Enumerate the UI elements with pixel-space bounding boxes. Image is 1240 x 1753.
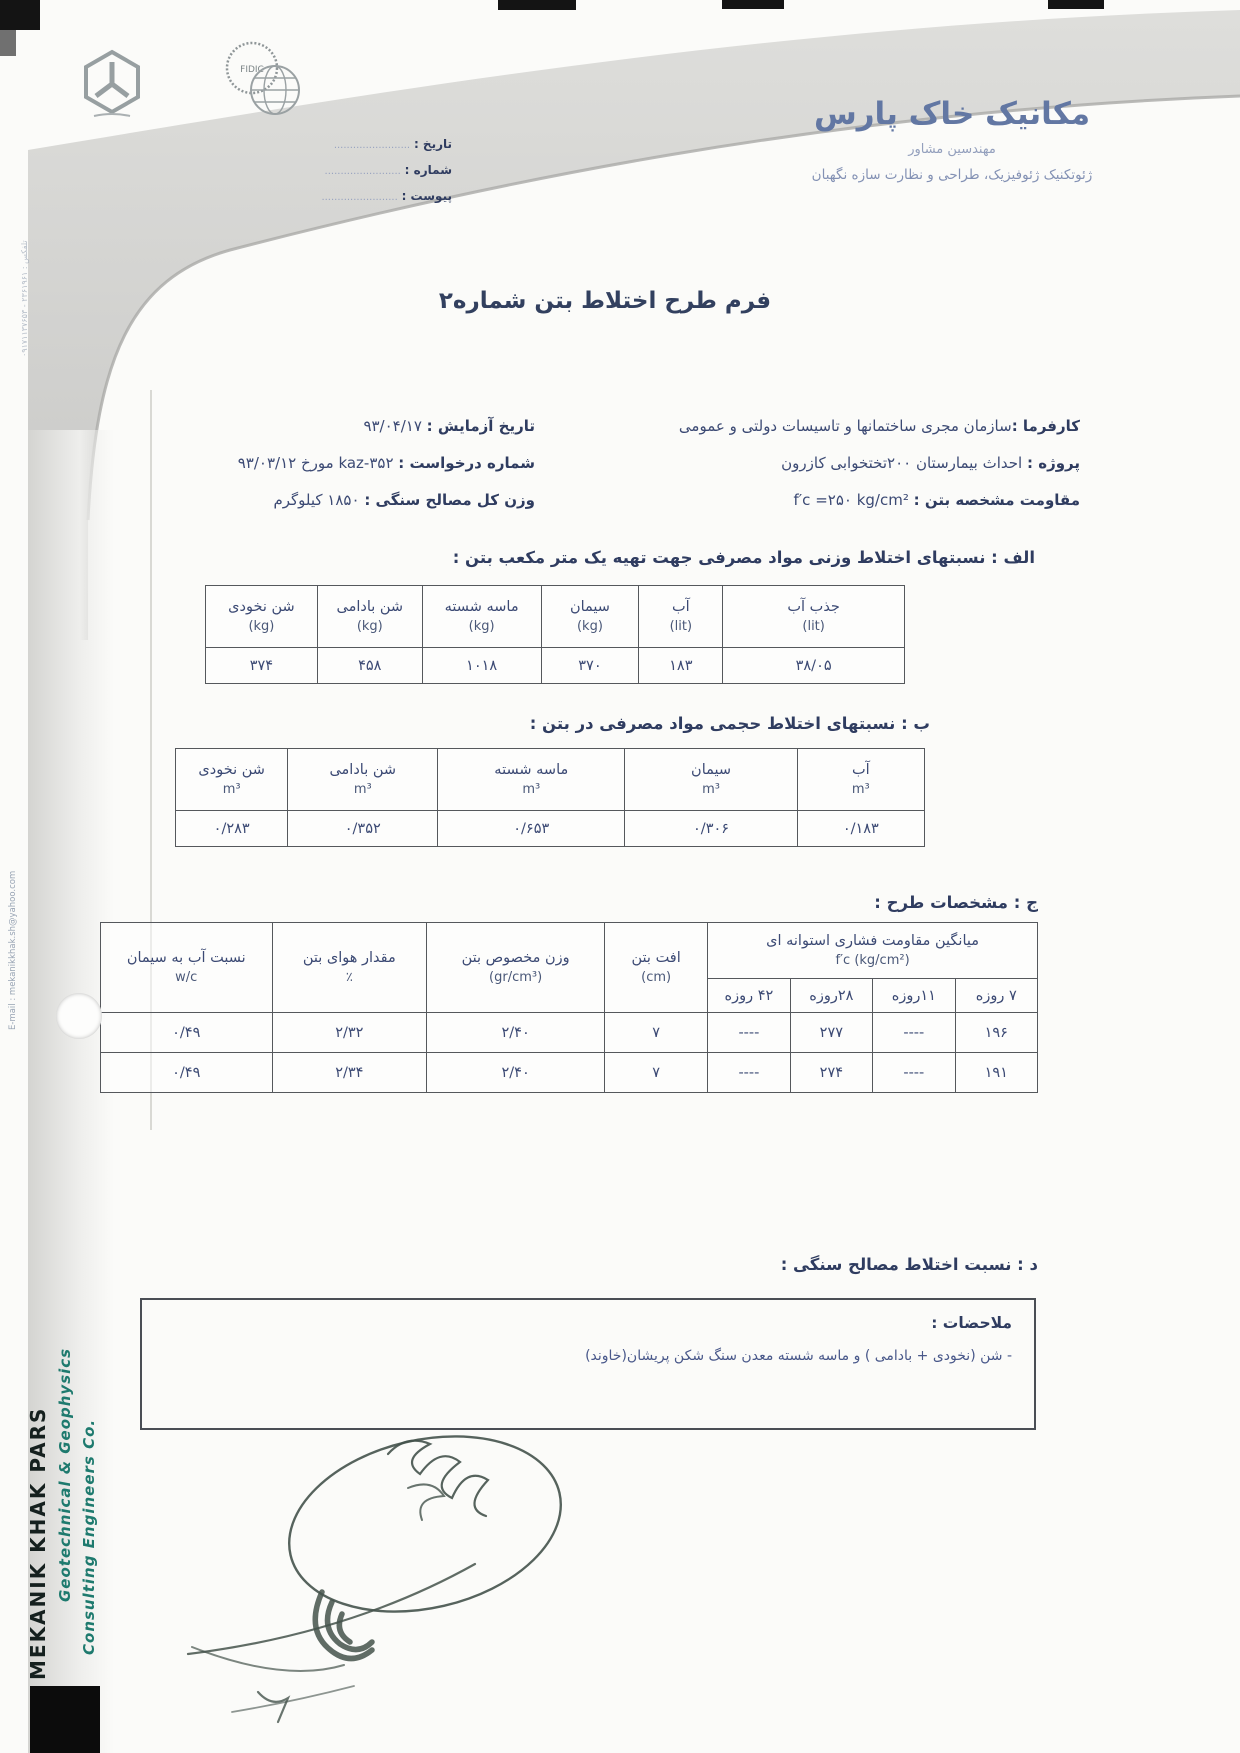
r1-42day: ---- [708,1013,790,1053]
project-info: کارفرما :سازمان مجری ساختمانها و تاسیسات… [520,408,1080,519]
col-7day: ۷ روزه [955,979,1037,1013]
scan-corner-block [30,1686,100,1753]
specs-row-2: ۱۹۱ ---- ۲۷۴ ---- ۷ ۲/۴۰ ۲/۳۴ ۰/۴۹ [101,1053,1038,1093]
client-value: سازمان مجری ساختمانها و تاسیسات دولتی و … [679,417,1012,435]
r1-28day: ۲۷۷ [790,1013,872,1053]
agg-weight-label: وزن کل مصالح سنگی : [364,491,535,509]
r2-wc: ۰/۴۹ [101,1053,273,1093]
stationery-fields: تاریخ : ........................ شماره :… [252,132,452,210]
number-label: شماره : [405,163,452,177]
r2-11day: ---- [873,1053,955,1093]
request-row: شماره درخواست : kaz-۳۵۲ مورخ ۹۳/۰۳/۱۲ [135,445,535,482]
company-name: مکانیک خاک پارس [782,96,1122,132]
specs-header-top: میانگین مقاومت فشاری استوانه ای f′c (kg/… [101,923,1038,979]
test-date-row: تاریخ آزمایش : ۹۳/۰۴/۱۷ [135,408,535,445]
col-group-compressive-strength: میانگین مقاومت فشاری استوانه ای f′c (kg/… [708,923,1038,979]
col-washed-sand-vol: ماسه شستهm³ [438,749,625,811]
weight-table-values: ۳۸/۰۵ ۱۸۳ ۳۷۰ ۱۰۱۸ ۴۵۸ ۳۷۴ [206,648,905,684]
pea-gravel-vol-value: ۰/۲۸۳ [176,811,288,847]
company-logo [80,48,144,118]
col-washed-sand: ماسه شسته(kg) [422,586,541,648]
specs-row-1: ۱۹۶ ---- ۲۷۷ ---- ۷ ۲/۴۰ ۲/۳۲ ۰/۴۹ [101,1013,1038,1053]
strength-label: مقاومت مشخصه بتن : [914,491,1080,509]
section-c-heading: ج : مشخصات طرح : [874,893,1038,912]
col-water-vol: آبm³ [797,749,924,811]
col-water-cement-ratio: نسبت آب به سیمانw/c [101,923,273,1013]
sidebar-tagline-line2: Consulting Engineers Co. [80,1135,98,1655]
col-density: وزن مخصوص بتن(gr/cm³) [427,923,605,1013]
volume-table-header: آبm³ سیمانm³ ماسه شستهm³ شن بادامیm³ شن … [176,749,925,811]
water-absorption-value: ۳۸/۰۵ [723,648,905,684]
r1-11day: ---- [873,1013,955,1053]
col-slump: افت بتن(cm) [605,923,708,1013]
cement-vol-value: ۰/۳۰۶ [625,811,797,847]
col-42day: ۴۲ روزه [708,979,790,1013]
r2-density: ۲/۴۰ [427,1053,605,1093]
project-row: پروژه : احداث بیمارستان ۲۰۰تختخوابی کازر… [520,445,1080,482]
weight-table-header: جذب آب(lit) آب(lit) سیمان(kg) ماسه شسته(… [206,586,905,648]
strength-row: مقاومت مشخصه بتن : f′c =۲۵۰ kg/cm² [520,482,1080,519]
attachment-label: پیوست : [402,189,452,203]
company-services: ژئوتکنیک ژئوفیزیک، طراحی و نظارت سازه نگ… [782,167,1122,183]
sidebar-tagline-line1: Geotechnical & Geophysics [56,1082,74,1602]
r2-air: ۲/۳۴ [272,1053,427,1093]
r1-wc: ۰/۴۹ [101,1013,273,1053]
date-field: تاریخ : ........................ [252,132,452,158]
agg-weight-value: ۱۸۵۰ کیلوگرم [273,491,359,509]
sidebar-contact-phone: تلفکس : ۲۳۶۱۹۶۱ - ۰۹۱۷۱۱۳۷۶۵۳ [20,240,29,1020]
r2-42day: ---- [708,1053,790,1093]
r2-28day: ۲۷۴ [790,1053,872,1093]
test-info: تاریخ آزمایش : ۹۳/۰۴/۱۷ شماره درخواست : … [135,408,535,519]
col-air-content: مقدار هوای بتن٪ [272,923,427,1013]
punch-hole [56,993,102,1039]
signature [170,1392,630,1742]
attachment-dotted-line: ........................ [321,192,397,203]
r1-air: ۲/۳۲ [272,1013,427,1053]
agg-weight-row: وزن کل مصالح سنگی : ۱۸۵۰ کیلوگرم [135,482,535,519]
col-water-absorption: جذب آب(lit) [723,586,905,648]
request-label: شماره درخواست : [398,454,535,472]
col-28day: ۲۸روزه [790,979,872,1013]
company-header: مکانیک خاک پارس مهندسین مشاور ژئوتکنیک ژ… [782,96,1122,183]
volume-table-values: ۰/۱۸۳ ۰/۳۰۶ ۰/۶۵۳ ۰/۳۵۲ ۰/۲۸۳ [176,811,925,847]
col-cement-vol: سیمانm³ [625,749,797,811]
client-label: کارفرما : [1012,417,1080,435]
client-row: کارفرما :سازمان مجری ساختمانها و تاسیسات… [520,408,1080,445]
notes-line: - شن (نخودی + بادامی ) و ماسه شسته معدن … [164,1348,1012,1364]
col-almond-gravel-vol: شن بادامیm³ [288,749,438,811]
notes-label: ملاحضات : [164,1314,1012,1332]
col-11day: ۱۱روزه [873,979,955,1013]
pea-gravel-value: ۳۷۴ [206,648,318,684]
test-date-label: تاریخ آزمایش : [427,417,535,435]
sidebar-contact-email: E-mail : mekanikkhak.sh@yahoo.com [8,230,18,1030]
r2-slump: ۷ [605,1053,708,1093]
washed-sand-value: ۱۰۱۸ [422,648,541,684]
col-almond-gravel: شن بادامی(kg) [317,586,422,648]
volume-mix-table: آبm³ سیمانm³ ماسه شستهm³ شن بادامیm³ شن … [175,748,925,847]
design-specs-table: میانگین مقاومت فشاری استوانه ای f′c (kg/… [100,922,1038,1093]
project-value: احداث بیمارستان ۲۰۰تختخوابی کازرون [781,454,1022,472]
col-cement: سیمان(kg) [541,586,639,648]
project-label: پروژه : [1027,454,1080,472]
scan-artifact [0,0,40,30]
test-date-value: ۹۳/۰۴/۱۷ [363,417,421,435]
fidic-logo: FIDIC [220,38,310,122]
company-subtitle: مهندسین مشاور [782,142,1122,157]
col-pea-gravel: شن نخودی(kg) [206,586,318,648]
section-b-heading: ب : نسبتهای اختلاط حجمی مواد مصرفی در بت… [530,714,930,733]
section-a-heading: الف : نسبتهای اختلاط وزنی مواد مصرفی جهت… [453,548,1035,567]
col-water: آب(lit) [639,586,723,648]
cement-value: ۳۷۰ [541,648,639,684]
water-vol-value: ۰/۱۸۳ [797,811,924,847]
section-d-heading: د : نسبت اختلاط مصالح سنگی : [781,1255,1038,1274]
scanned-concrete-mix-form: FIDIC تاریخ : ........................ ش… [0,0,1240,1753]
almond-gravel-value: ۴۵۸ [317,648,422,684]
water-value: ۱۸۳ [639,648,723,684]
attachment-field: پیوست : ........................ [252,184,452,210]
scan-artifact [498,0,576,10]
almond-gravel-vol-value: ۰/۳۵۲ [288,811,438,847]
washed-sand-vol-value: ۰/۶۵۳ [438,811,625,847]
request-value: kaz-۳۵۲ مورخ ۹۳/۰۳/۱۲ [238,454,394,472]
scan-artifact [722,0,784,9]
strength-value: f′c =۲۵۰ kg/cm² [794,491,909,509]
number-dotted-line: ........................ [325,166,401,177]
date-dotted-line: ........................ [334,140,410,151]
sidebar-company-name-en: MEKANIK KHAK PARS [26,1250,50,1680]
scan-artifact [0,30,16,56]
date-label: تاریخ : [414,137,452,151]
page-title: فرم طرح اختلاط بتن شماره۲ [0,288,1210,314]
weight-mix-table: جذب آب(lit) آب(lit) سیمان(kg) ماسه شسته(… [205,585,905,684]
col-pea-gravel-vol: شن نخودیm³ [176,749,288,811]
r2-7day: ۱۹۱ [955,1053,1037,1093]
r1-slump: ۷ [605,1013,708,1053]
scan-artifact [1048,0,1104,9]
r1-7day: ۱۹۶ [955,1013,1037,1053]
r1-density: ۲/۴۰ [427,1013,605,1053]
number-field: شماره : ........................ [252,158,452,184]
